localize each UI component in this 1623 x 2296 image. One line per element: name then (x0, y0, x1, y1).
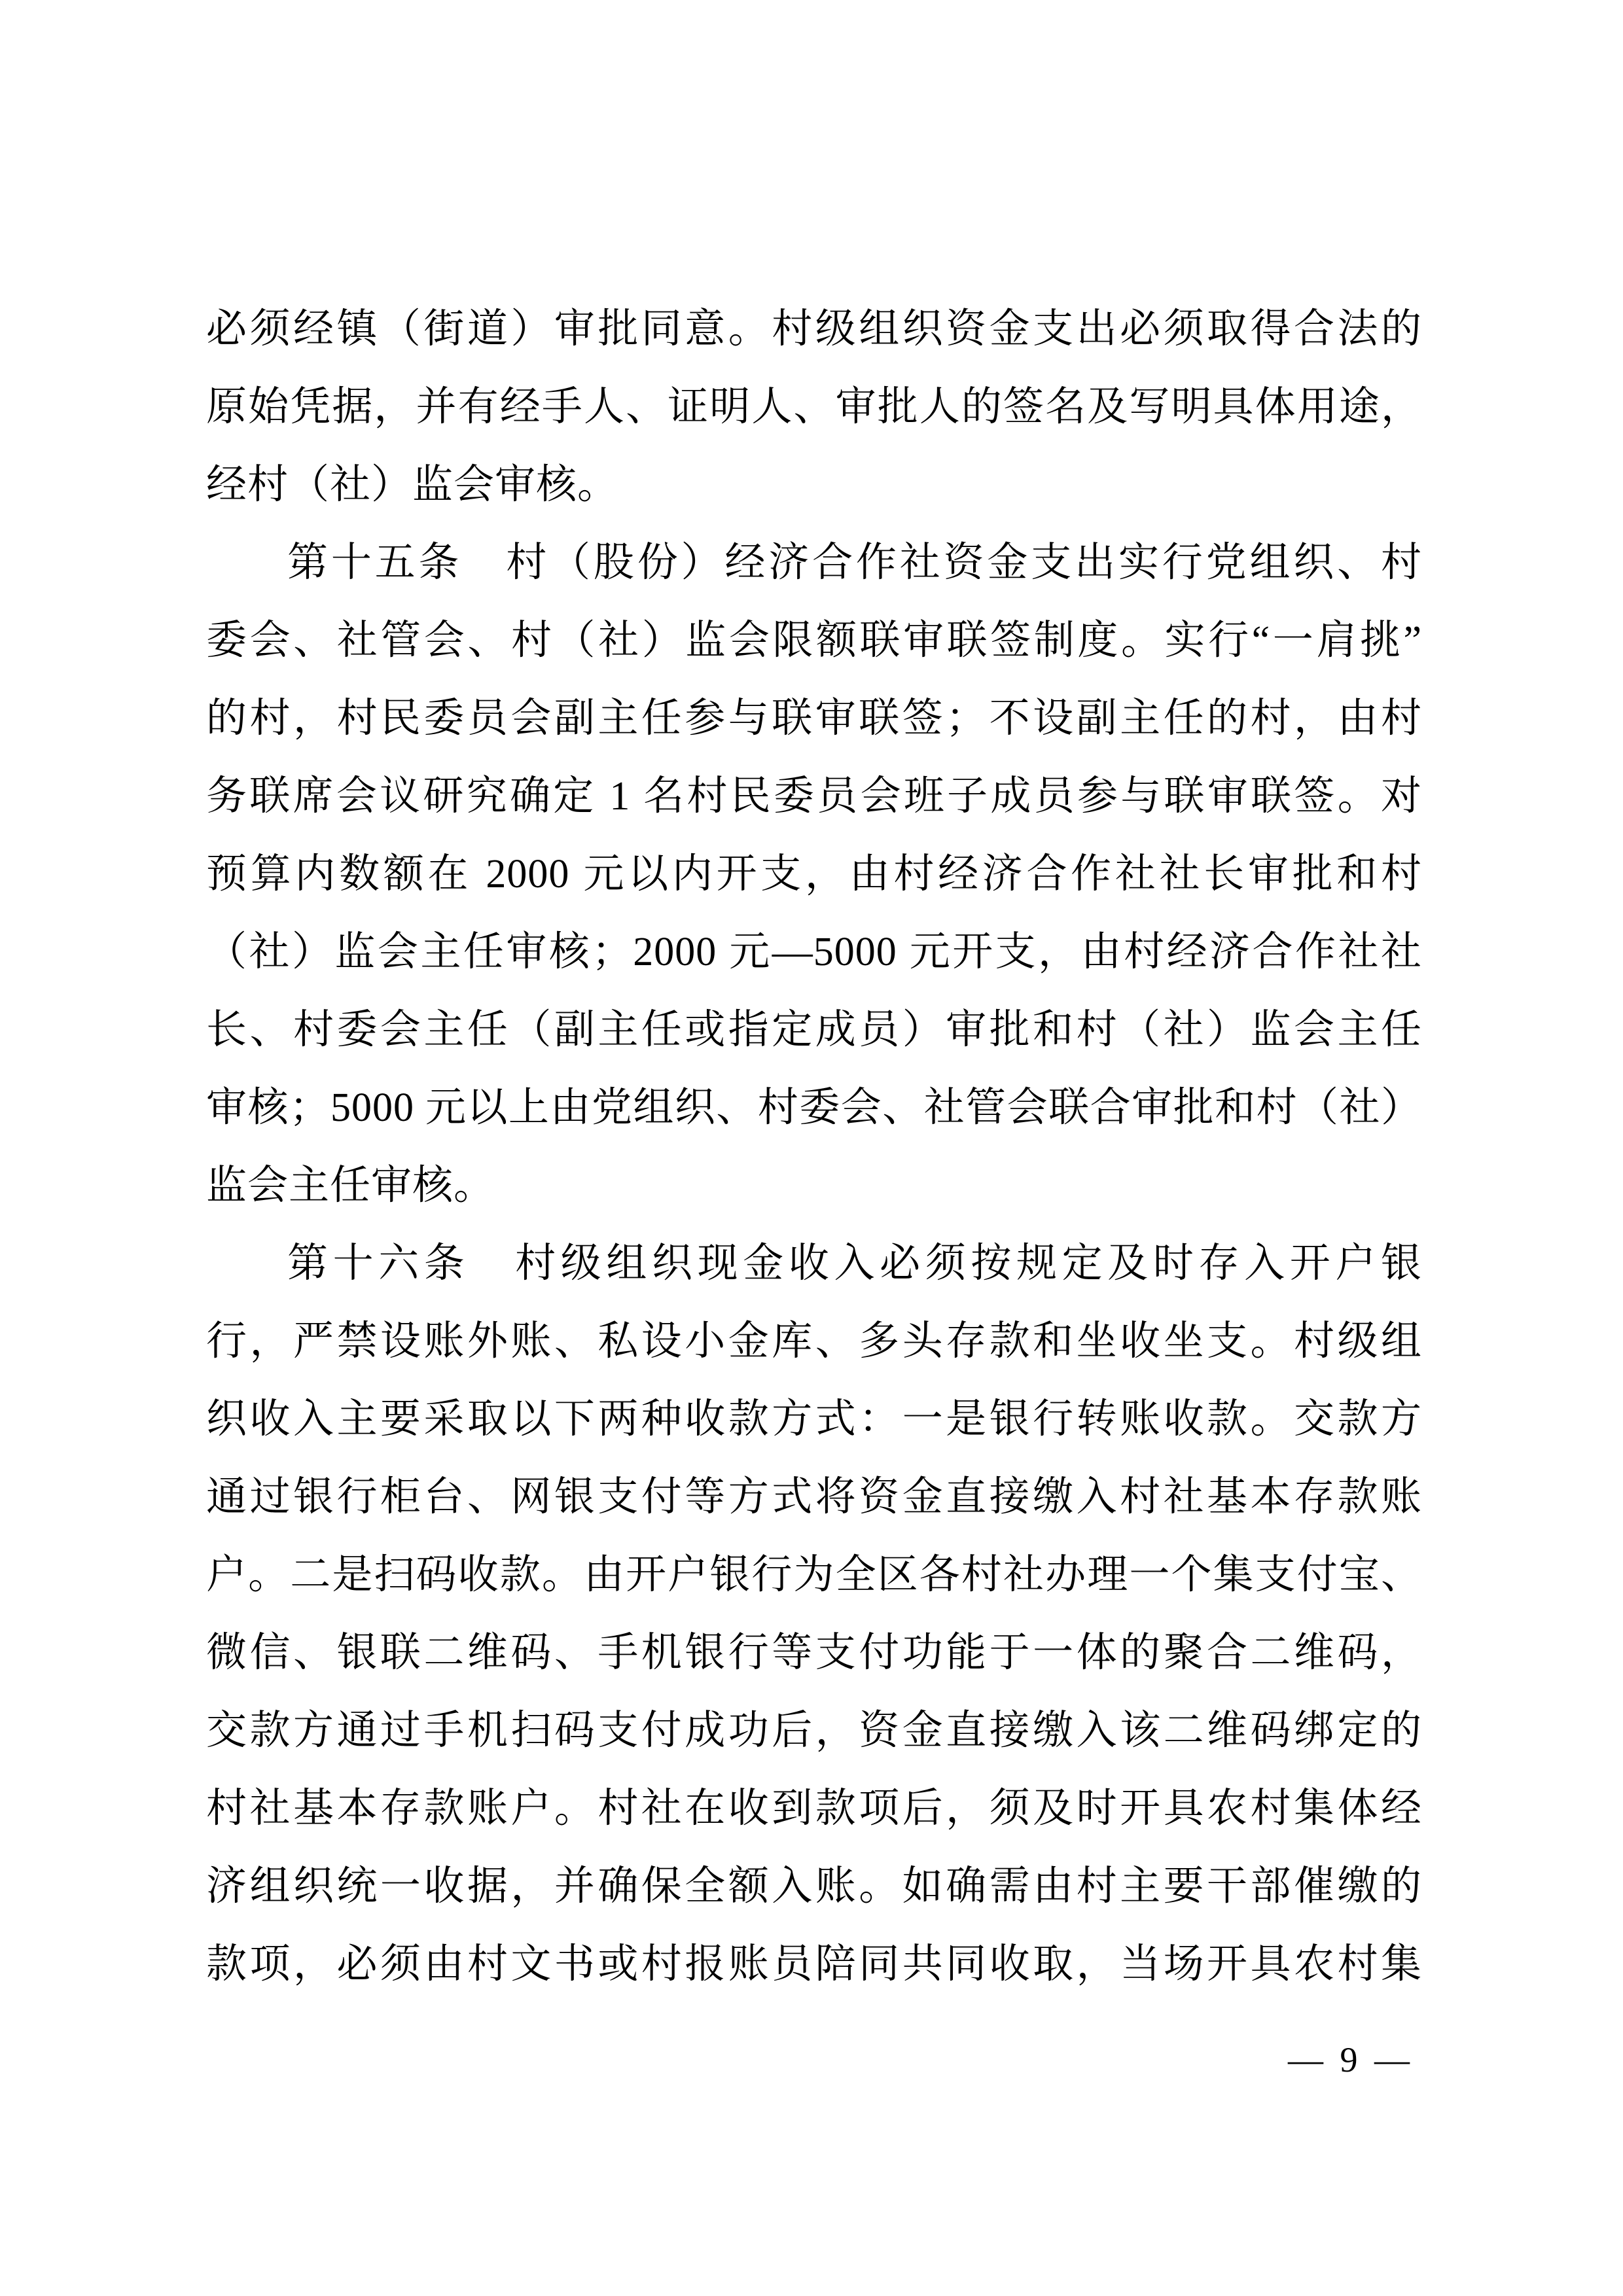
text-line-article-16-heading: 第十六条 村级组织现金收入必须按规定及时存入开户银 (206, 1225, 1422, 1303)
document-text: 必须经镇（街道）审批同意。村级组织资金支出必须取得合法的 原始凭据，并有经手人、… (206, 291, 1422, 2004)
text-line: 长、村委会主任（副主任或指定成员）审批和村（社）监会主任 (206, 991, 1422, 1069)
text-line: 必须经镇（街道）审批同意。村级组织资金支出必须取得合法的 (206, 291, 1422, 368)
text-line: 预算内数额在 2000 元以内开支，由村经济合作社社长审批和村 (206, 836, 1422, 913)
text-line: 交款方通过手机扫码支付成功后，资金直接缴入该二维码绑定的 (206, 1692, 1422, 1770)
text-line: 的村，村民委员会副主任参与联审联签；不设副主任的村，由村 (206, 680, 1422, 758)
text-line: 审核；5000 元以上由党组织、村委会、社管会联合审批和村（社） (206, 1069, 1422, 1147)
text-line-article-15-heading: 第十五条 村（股份）经济合作社资金支出实行党组织、村 (206, 524, 1422, 602)
text-line: （社）监会主任审核；2000 元—5000 元开支，由村经济合作社社 (206, 913, 1422, 991)
text-line: 户。二是扫码收款。由开户银行为全区各村社办理一个集支付宝、 (206, 1536, 1422, 1614)
text-line: 微信、银联二维码、手机银行等支付功能于一体的聚合二维码， (206, 1614, 1422, 1692)
text-line: 行，严禁设账外账、私设小金库、多头存款和坐收坐支。村级组 (206, 1303, 1422, 1381)
text-line: 织收入主要采取以下两种收款方式：一是银行转账收款。交款方 (206, 1381, 1422, 1458)
text-line: 村社基本存款账户。村社在收到款项后，须及时开具农村集体经 (206, 1770, 1422, 1848)
text-line: 经村（社）监会审核。 (206, 446, 1422, 524)
text-line: 委会、社管会、村（社）监会限额联审联签制度。实行“一肩挑” (206, 602, 1422, 680)
text-line: 济组织统一收据，并确保全额入账。如确需由村主要干部催缴的 (206, 1848, 1422, 1926)
text-line: 务联席会议研究确定 1 名村民委员会班子成员参与联审联签。对 (206, 758, 1422, 836)
text-line: 通过银行柜台、网银支付等方式将资金直接缴入村社基本存款账 (206, 1458, 1422, 1536)
text-line: 款项，必须由村文书或村报账员陪同共同收取，当场开具农村集 (206, 1926, 1422, 2004)
page-number: — 9 — (1257, 2040, 1414, 2079)
text-line: 监会主任审核。 (206, 1147, 1422, 1225)
text-line: 原始凭据，并有经手人、证明人、审批人的签名及写明具体用途， (206, 368, 1422, 446)
document-page: 必须经镇（街道）审批同意。村级组织资金支出必须取得合法的 原始凭据，并有经手人、… (0, 0, 1623, 2296)
